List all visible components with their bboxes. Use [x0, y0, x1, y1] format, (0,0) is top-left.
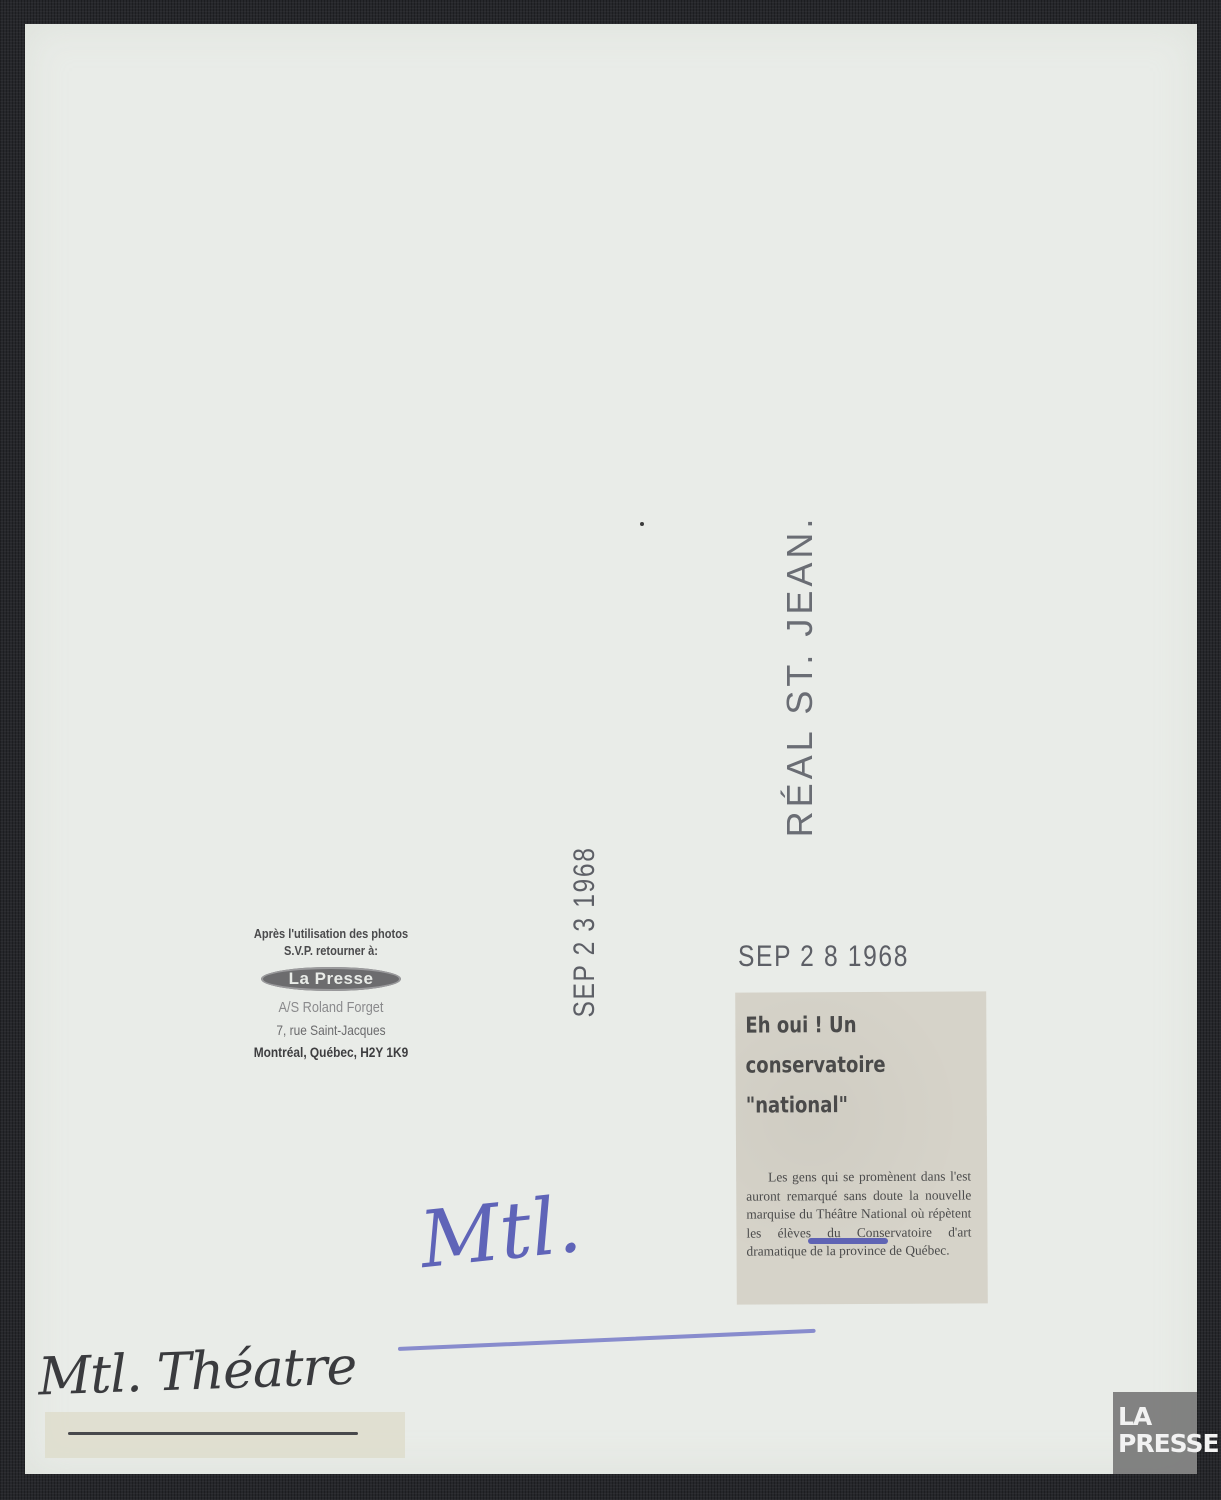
watermark-line1: LA — [1118, 1403, 1197, 1430]
clipping-body: Les gens qui se promènent dans l'est aur… — [746, 1167, 971, 1261]
photo-verso-paper — [25, 24, 1197, 1474]
black-underline — [68, 1432, 358, 1435]
la-presse-watermark: LA PRESSE — [1113, 1392, 1197, 1474]
return-stamp-line2: S.V.P. retourner à: — [242, 942, 421, 959]
watermark-line2: PRESSE — [1118, 1430, 1197, 1457]
date-stamp-vertical: SEP 2 3 1968 — [568, 825, 602, 1038]
handwritten-blue-note: Mtl. — [416, 1180, 585, 1286]
date-stamp-horizontal: SEP 2 8 1968 — [738, 940, 909, 974]
newspaper-clipping: Eh oui ! Un conservatoire "national" Les… — [735, 991, 988, 1304]
photographer-stamp: RÉAL ST. JEAN. — [779, 466, 821, 886]
return-address-stamp: Après l'utilisation des photos S.V.P. re… — [226, 925, 436, 1063]
return-stamp-street: 7, rue Saint-Jacques — [242, 1019, 421, 1041]
ink-speck — [640, 522, 644, 526]
tape-strip — [45, 1412, 405, 1458]
return-stamp-city: Montréal, Québec, H2Y 1K9 — [242, 1041, 421, 1063]
return-stamp-line1: Après l'utilisation des photos — [242, 925, 421, 942]
handwritten-category-label: Mtl. Théatre — [37, 1336, 357, 1407]
return-stamp-attention: A/S Roland Forget — [242, 997, 421, 1019]
la-presse-logo: La Presse — [261, 967, 401, 991]
clipping-headline: Eh oui ! Un conservatoire "national" — [745, 1006, 934, 1127]
blue-underline-mark — [808, 1238, 888, 1244]
